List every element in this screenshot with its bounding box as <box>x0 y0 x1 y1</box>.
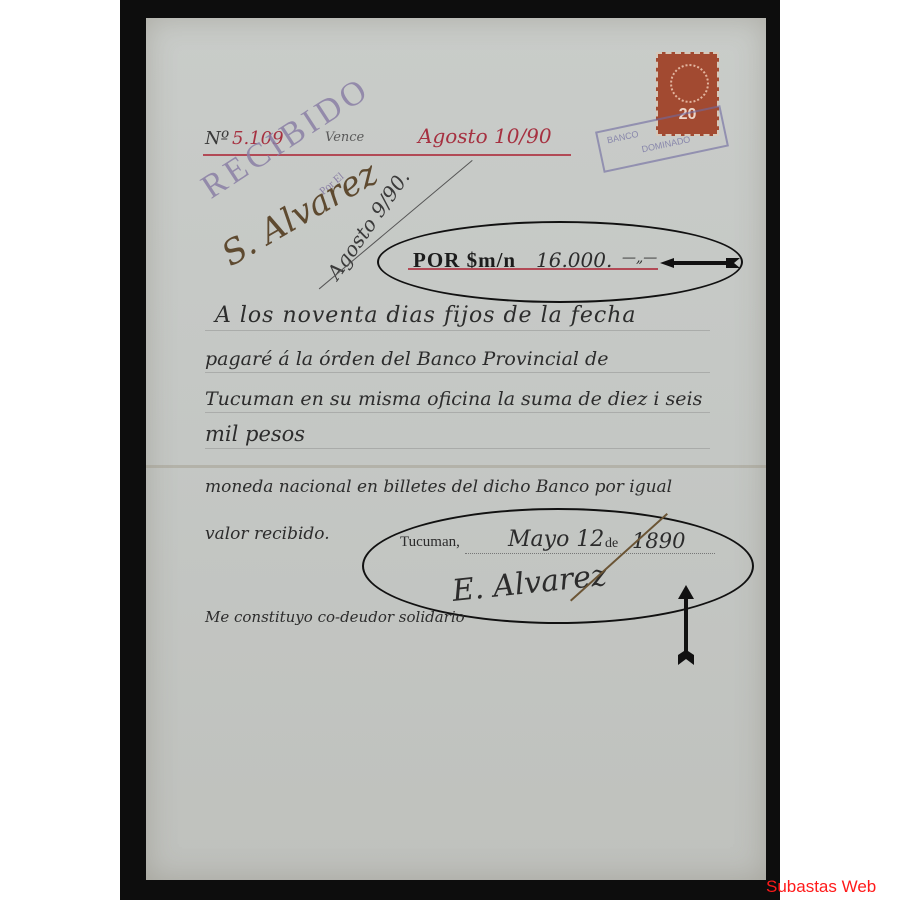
body-line-6: valor recibido. <box>205 524 330 544</box>
place-label: Tucuman, <box>400 534 460 551</box>
date-de: de <box>605 536 618 552</box>
amount-red-rule <box>408 268 658 270</box>
paper-fold-crease <box>146 465 766 468</box>
vence-label: Vence <box>325 130 364 145</box>
body-line-5: moneda nacional en billetes del dicho Ba… <box>205 477 672 497</box>
bank-stamp-line1: BANCO <box>606 129 639 145</box>
rule-2 <box>205 372 710 373</box>
arrow-left-icon <box>660 258 740 268</box>
arrow-up-icon <box>678 585 694 665</box>
rule-3 <box>205 412 710 413</box>
number-label: Nº <box>205 128 229 149</box>
body-line-4: mil pesos <box>205 422 305 446</box>
body-line-3: Tucuman en su misma oficina la suma de d… <box>205 388 702 410</box>
date-year: 1890 <box>632 529 685 553</box>
body-line-1: A los noventa dias fijos de la fecha <box>215 303 636 328</box>
date-dotted-rule <box>465 553 715 555</box>
bank-stamp-line2: DOMINADO <box>641 134 691 154</box>
due-date-annotation: Agosto 10/90 <box>418 124 552 148</box>
body-line-2: pagaré á la órden del Banco Provincial d… <box>205 348 608 370</box>
co-debtor-line: Me constituyo co-deudor solidario <box>205 608 465 626</box>
coat-of-arms-icon <box>670 64 709 103</box>
date-day-month: Mayo 12 <box>508 527 604 552</box>
watermark-logo: Subastas Web <box>766 877 876 897</box>
rule-4 <box>205 448 710 449</box>
rule-1 <box>205 330 710 331</box>
amount-tail: —„— <box>622 250 657 266</box>
